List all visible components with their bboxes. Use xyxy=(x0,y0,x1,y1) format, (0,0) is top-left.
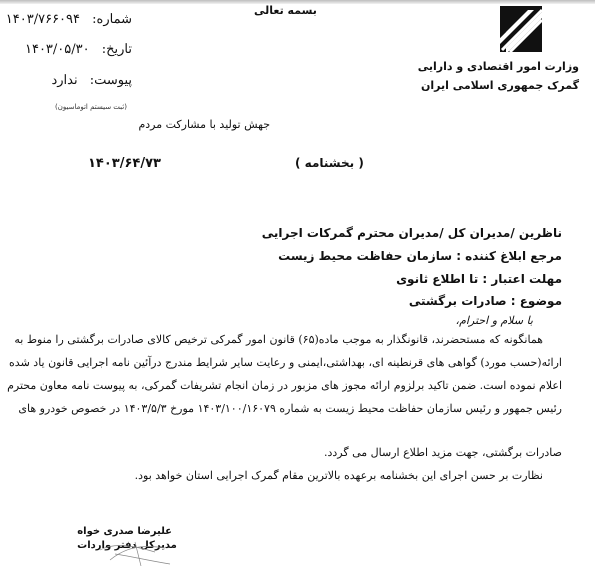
recipients-line: ناظرین /مدیران کل /مدیران محترم گمرکات ا… xyxy=(262,226,562,240)
ministry-name: وزارت امور اقتصادی و دارایی xyxy=(418,60,579,73)
body-line: رئیس جمهور و رئیس سازمان حفاظت محیط زیست… xyxy=(25,402,562,415)
customs-name: گمرک جمهوری اسلامی ایران xyxy=(421,79,579,92)
letter-date-value: ۱۴۰۳/۰۵/۳۰ xyxy=(25,42,90,57)
body-line: همانگونه که مستحضرند، قانونگذار به موجب … xyxy=(25,333,543,346)
subject-line: موضوع : صادرات برگشتی xyxy=(409,294,562,308)
body-line: اعلام نموده است. ضمن تاکید برلزوم ارائه … xyxy=(25,379,562,392)
letter-attachment: پیوست: ندارد xyxy=(0,73,132,88)
system-registration-note: (ثبت سیستم اتوماسیون) xyxy=(55,103,127,111)
handwritten-greeting: با سلام و احترام، xyxy=(456,314,533,327)
body-line: صادرات برگشتی، جهت مزید اطلاع ارسال می گ… xyxy=(25,446,562,459)
letter-number-value: ۱۴۰۳/۷۶۶۰۹۴ xyxy=(6,12,80,27)
reference-line: مرجع ابلاغ کننده : سازمان حفاظت محیط زیس… xyxy=(278,249,562,263)
letter-number-label: شماره: xyxy=(92,12,132,27)
letter-number: شماره: ۱۴۰۳/۷۶۶۰۹۴ xyxy=(0,12,132,27)
bismillah-heading: بسمه تعالی xyxy=(254,4,317,17)
signature-scribble-icon xyxy=(95,538,175,566)
letter-date: تاریخ: ۱۴۰۳/۰۵/۳۰ xyxy=(0,42,132,57)
body-line: ارائه(حسب مورد) گواهی های قرنطینه ای، به… xyxy=(25,356,562,369)
signatory-name: علیرضا صدری خواه xyxy=(82,526,172,537)
circular-title: ( بخشنامه ) xyxy=(295,156,364,170)
body-line: نظارت بر حسن اجرای این بخشنامه برعهده با… xyxy=(170,469,543,482)
circular-number: ۱۴۰۳/۶۴/۷۳ xyxy=(88,156,161,171)
attachment-value: ندارد xyxy=(51,73,77,88)
attachment-label: پیوست: xyxy=(90,73,132,88)
slogan: جهش تولید با مشارکت مردم xyxy=(160,118,270,131)
validity-line: مهلت اعتبار : تا اطلاع ثانوی xyxy=(396,272,562,286)
iran-customs-logo-icon xyxy=(498,4,544,54)
letter-date-label: تاریخ: xyxy=(102,42,132,57)
